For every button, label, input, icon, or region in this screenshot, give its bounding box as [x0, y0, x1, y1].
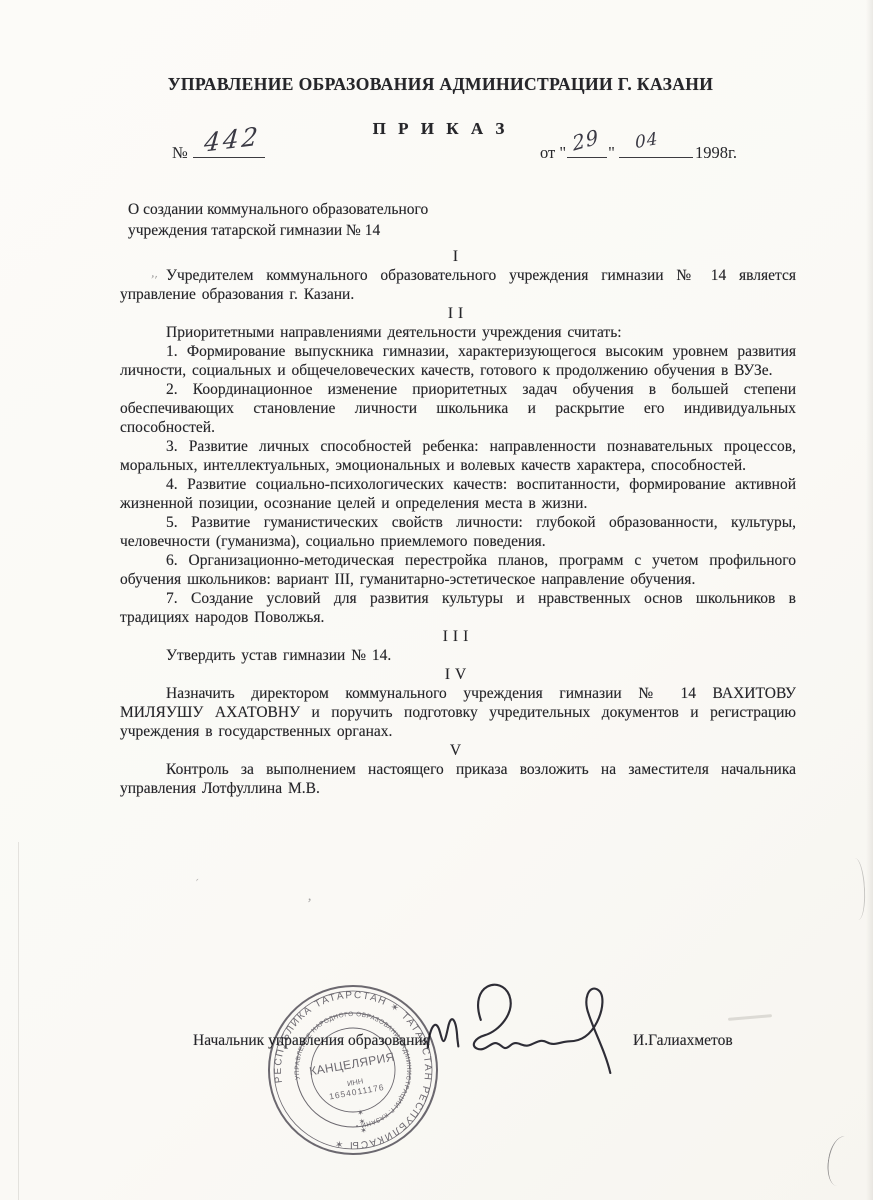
org-title: УПРАВЛЕНИЕ ОБРАЗОВАНИЯ АДМИНИСТРАЦИИ Г. … — [14, 74, 867, 95]
order-item: 7. Создание условий для развития культур… — [120, 589, 796, 627]
section-1-paragraph: Учредителем коммунального образовательно… — [120, 266, 796, 304]
section-2-intro: Приоритетными направлениями деятельности… — [120, 323, 796, 342]
order-item: 4. Развитие социально-психологических ка… — [120, 475, 796, 513]
date-month-underline: 04 — [619, 140, 693, 158]
section-numeral-1: I — [120, 247, 796, 266]
scan-artifact-fold-line — [18, 842, 19, 1200]
order-number-block: № 442 — [172, 140, 265, 163]
date-close-quote: " — [608, 143, 615, 162]
order-item: 6. Организационно-методическая перестрой… — [120, 551, 796, 589]
date-day-underline: 29 — [567, 140, 607, 158]
stamp-center-text: КАНЦЕЛЯРИЯ — [308, 1050, 396, 1079]
order-subject: О создании коммунального образовательног… — [128, 199, 428, 241]
order-body: I Учредителем коммунального образователь… — [120, 247, 796, 798]
official-stamp: РЕСПУБЛИКА ТАТАРСТАН ✶ ТАТАРСТАН РЕСПУБЛ… — [265, 982, 441, 1158]
scan-artifact-bottom-right-mark — [824, 1135, 853, 1188]
doc-type-title: П Р И К А З — [14, 119, 867, 139]
signature-name: И.Галиахметов — [633, 1032, 733, 1050]
date-year: 1998г. — [695, 143, 737, 162]
date-open-quote: " — [559, 143, 566, 162]
stamp-star: ✶ — [360, 1126, 368, 1136]
order-date-block: от "29" 041998г. — [540, 140, 737, 163]
scan-artifact-right-edge-mark — [849, 858, 866, 921]
scan-artifact-tick: ´ — [194, 876, 202, 893]
handwritten-signature — [415, 974, 620, 1076]
section-numeral-5: V — [120, 741, 796, 760]
section-numeral-4: IV — [120, 665, 796, 684]
handwritten-month: 04 — [634, 129, 659, 153]
section-3-paragraph: Утвердить устав гимназии № 14. — [120, 646, 796, 665]
order-item: 5. Развитие гуманистических свойств личн… — [120, 513, 796, 551]
section-numeral-2: II — [120, 304, 796, 323]
section-4-paragraph: Назначить директором коммунального учреж… — [120, 684, 796, 741]
document-page: УПРАВЛЕНИЕ ОБРАЗОВАНИЯ АДМИНИСТРАЦИИ Г. … — [0, 0, 873, 1200]
order-item: 3. Развитие личных способностей ребенка:… — [120, 437, 796, 475]
date-prefix: от — [540, 143, 555, 162]
order-item: 2. Координационное изменение приоритетны… — [120, 380, 796, 437]
subject-line-2: учреждения татарской гимназии № 14 — [128, 220, 428, 241]
scan-artifact-smudge — [728, 1014, 772, 1021]
section-numeral-3: III — [120, 627, 796, 646]
signature-stroke — [474, 985, 610, 1073]
scan-artifact-edge-shade — [866, 0, 873, 1200]
section-5-paragraph: Контроль за выполнением настоящего прика… — [120, 760, 796, 798]
number-sign: № — [172, 143, 188, 162]
subject-line-1: О создании коммунального образовательног… — [128, 199, 428, 220]
order-item: 1. Формирование выпускника гимназии, хар… — [120, 342, 796, 380]
scan-artifact-comma: , — [307, 888, 312, 905]
